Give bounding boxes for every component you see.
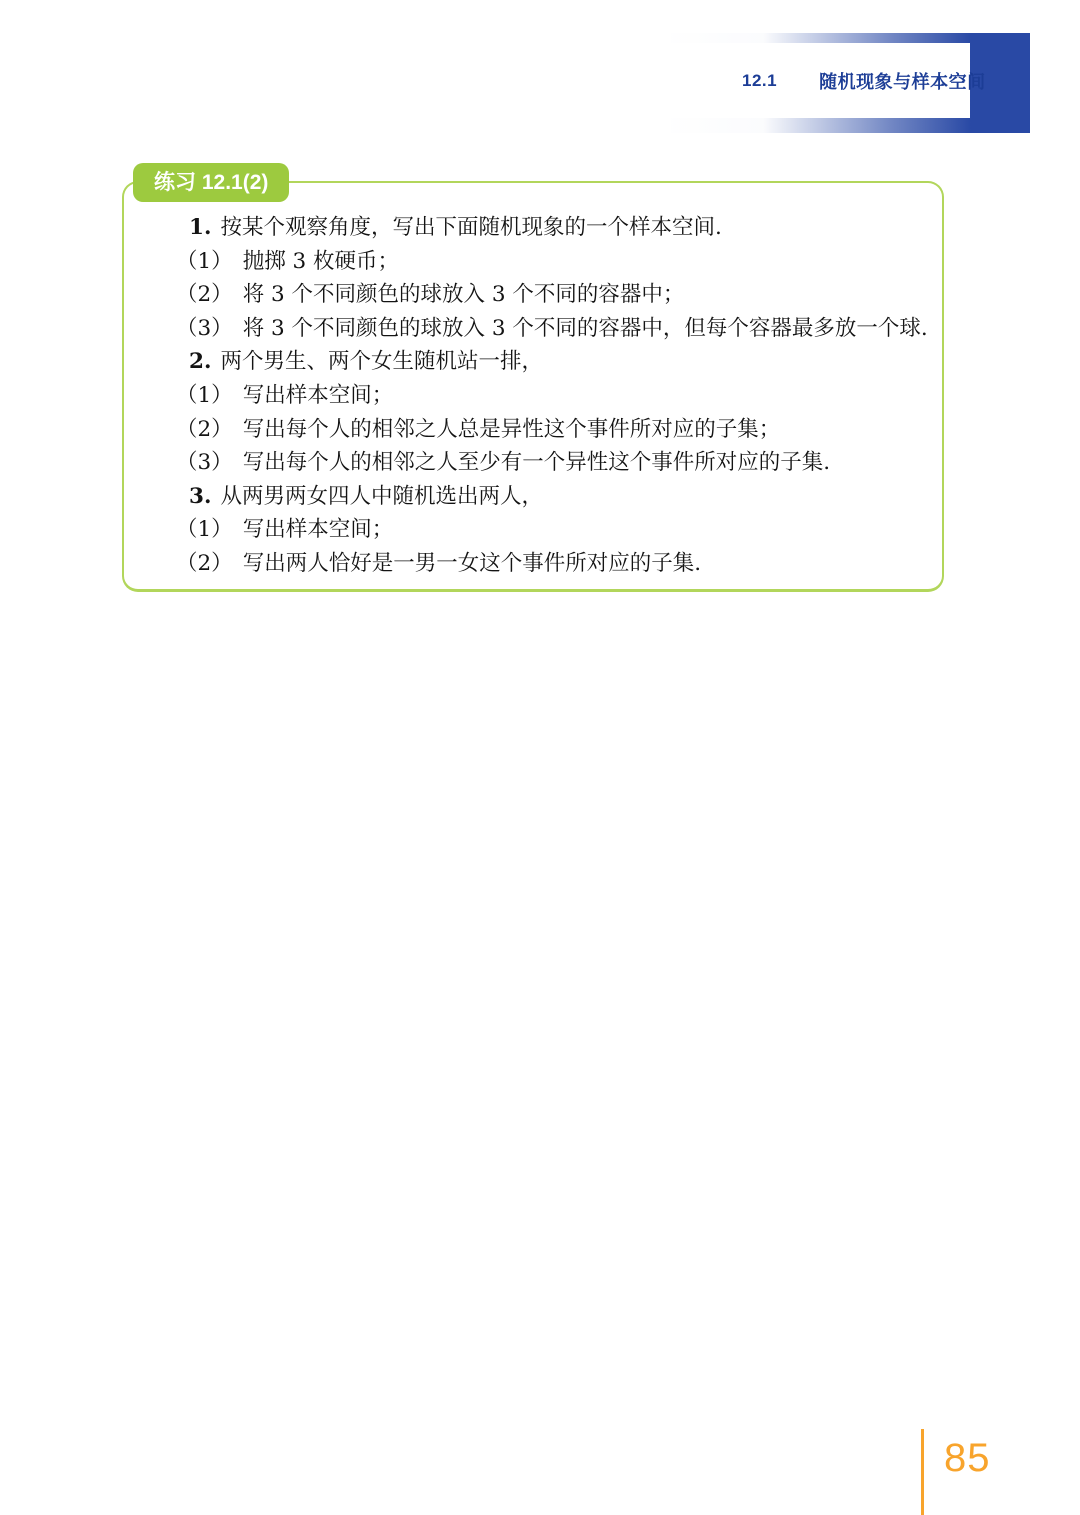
textbook-page: 12.1 随机现象与样本空间 练习 12.1(2) 1.按某个观察角度，写出下面…	[0, 0, 1080, 1515]
exercise-box: 练习 12.1(2) 1.按某个观察角度，写出下面随机现象的一个样本空间. （1…	[122, 181, 944, 592]
item-number: 3.	[189, 484, 211, 509]
exercise-line: （1）抛掷 3 枚硬币；	[176, 245, 920, 279]
item-number: （2）	[176, 282, 233, 307]
exercise-line: （2）将 3 个不同颜色的球放入 3 个不同的容器中；	[176, 278, 920, 312]
item-text: 两个男生、两个女生随机站一排，	[220, 349, 543, 374]
item-text: 写出样本空间；	[243, 383, 394, 408]
page-number-rule	[921, 1429, 924, 1515]
exercise-line: 1.按某个观察角度，写出下面随机现象的一个样本空间.	[176, 211, 920, 245]
exercise-line: （2）写出两人恰好是一男一女这个事件所对应的子集.	[176, 547, 920, 581]
item-text: 按某个观察角度，写出下面随机现象的一个样本空间.	[220, 215, 721, 240]
exercise-content: 1.按某个观察角度，写出下面随机现象的一个样本空间. （1）抛掷 3 枚硬币； …	[176, 211, 920, 581]
item-text: 将 3 个不同颜色的球放入 3 个不同的容器中，但每个容器最多放一个球.	[243, 316, 928, 341]
item-number: （2）	[176, 417, 233, 442]
section-title: 随机现象与样本空间	[819, 68, 986, 94]
exercise-line: （1）写出样本空间；	[176, 379, 920, 413]
item-text: 写出样本空间；	[243, 517, 394, 542]
item-number: （3）	[176, 450, 233, 475]
item-number: 1.	[189, 215, 211, 240]
exercise-line: （2）写出每个人的相邻之人总是异性这个事件所对应的子集；	[176, 413, 920, 447]
item-text: 写出每个人的相邻之人总是异性这个事件所对应的子集；	[243, 417, 781, 442]
section-header: 12.1 随机现象与样本空间	[742, 69, 986, 93]
exercise-line: 2.两个男生、两个女生随机站一排，	[176, 345, 920, 379]
item-number: （1）	[176, 383, 233, 408]
item-number: （3）	[176, 316, 233, 341]
item-text: 从两男两女四人中随机选出两人，	[220, 484, 543, 509]
item-number: （1）	[176, 517, 233, 542]
exercise-line: 3.从两男两女四人中随机选出两人，	[176, 480, 920, 514]
exercise-line: （3）写出每个人的相邻之人至少有一个异性这个事件所对应的子集.	[176, 446, 920, 480]
item-text: 写出两人恰好是一男一女这个事件所对应的子集.	[243, 551, 701, 576]
page-number: 85	[944, 1436, 991, 1481]
section-number: 12.1	[742, 71, 777, 91]
exercise-line: （3）将 3 个不同颜色的球放入 3 个不同的容器中，但每个容器最多放一个球.	[176, 312, 920, 346]
exercise-label-badge: 练习 12.1(2)	[133, 163, 289, 202]
item-text: 将 3 个不同颜色的球放入 3 个不同的容器中；	[243, 282, 685, 307]
item-number: 2.	[189, 349, 211, 374]
item-number: （1）	[176, 249, 233, 274]
item-text: 写出每个人的相邻之人至少有一个异性这个事件所对应的子集.	[243, 450, 830, 475]
item-number: （2）	[176, 551, 233, 576]
item-text: 抛掷 3 枚硬币；	[243, 249, 399, 274]
exercise-line: （1）写出样本空间；	[176, 513, 920, 547]
